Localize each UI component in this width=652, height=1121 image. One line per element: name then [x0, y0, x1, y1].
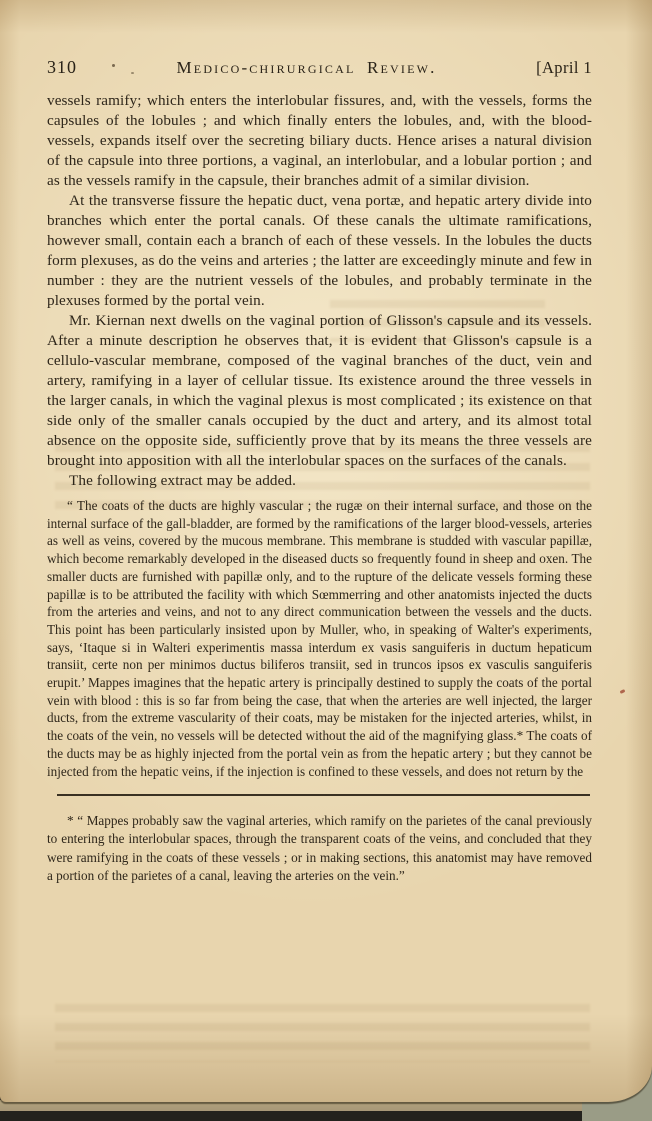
journal-title: Medico-chirurgical Review.	[176, 58, 436, 78]
quoted-extract: “ The coats of the ducts are highly vasc…	[47, 497, 592, 780]
footnote: * “ Mappes probably saw the vaginal arte…	[47, 812, 592, 885]
issue-date: [April 1	[536, 58, 592, 78]
footnote-divider	[57, 794, 590, 796]
page-number: 310	[47, 57, 77, 78]
body-paragraph-3: Mr. Kiernan next dwells on the vaginal p…	[47, 311, 592, 471]
show-through-ghost	[55, 1004, 590, 1062]
scanned-book-page: 310 Medico-chirurgical Review. [April 1 …	[0, 0, 652, 1121]
body-paragraph-2: At the transverse fissure the hepatic du…	[47, 191, 592, 311]
page-content: 310 Medico-chirurgical Review. [April 1 …	[0, 0, 652, 885]
body-paragraph-1: vessels ramify; which enters the interlo…	[47, 91, 592, 191]
paper-page: 310 Medico-chirurgical Review. [April 1 …	[0, 0, 652, 1102]
body-paragraph-4: The following extract may be added.	[47, 471, 592, 491]
running-header: 310 Medico-chirurgical Review. [April 1	[47, 57, 592, 78]
